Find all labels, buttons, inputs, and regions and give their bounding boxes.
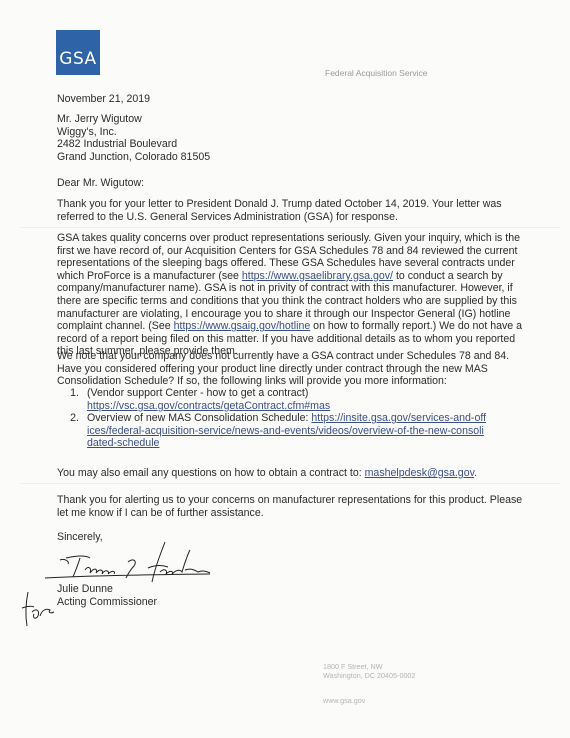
list-number: 1. xyxy=(57,387,87,412)
paragraph-intro: Thank you for your letter to President D… xyxy=(57,198,527,223)
footer-city: Washington, DC 20405-0002 xyxy=(323,671,415,680)
recipient-city: Grand Junction, Colorado 81505 xyxy=(57,151,210,164)
letter-date: November 21, 2019 xyxy=(57,93,150,106)
recipient-street: 2482 Industrial Boulevard xyxy=(57,138,210,151)
footer-address: 1800 F Street, NW Washington, DC 20405-0… xyxy=(323,662,415,680)
paragraph-email: You may also email any questions on how … xyxy=(57,467,477,480)
gsa-logo-text: GSA xyxy=(59,49,96,69)
salutation: Dear Mr. Wigutow: xyxy=(57,177,144,190)
paragraph-thanks: Thank you for alerting us to your concer… xyxy=(57,494,527,519)
gsaelibrary-link[interactable]: https://www.gsaelibrary.gsa.gov/ xyxy=(242,270,393,282)
list-item-text: Overview of new MAS Consolidation Schedu… xyxy=(87,412,311,424)
service-name: Federal Acquisition Service xyxy=(325,68,428,78)
scan-artifact-line xyxy=(20,227,560,228)
list-item: 1. (Vendor support Center - how to get a… xyxy=(57,387,487,412)
recipient-address: Mr. Jerry Wigutow Wiggy's, Inc. 2482 Ind… xyxy=(57,113,210,163)
footer-street: 1800 F Street, NW xyxy=(323,662,415,671)
scan-artifact-line xyxy=(20,483,560,484)
list-number: 2. xyxy=(57,412,87,450)
gsaig-hotline-link[interactable]: https://www.gsaig.gov/hotline xyxy=(174,320,311,332)
vsc-contract-link[interactable]: https://vsc.gsa.gov/contracts/getaContra… xyxy=(87,400,330,412)
footer-website: www.gsa.gov xyxy=(323,696,365,705)
list-item-text: (Vendor support Center - how to get a co… xyxy=(87,387,308,399)
links-list: 1. (Vendor support Center - how to get a… xyxy=(57,387,487,450)
recipient-name: Mr. Jerry Wigutow xyxy=(57,113,210,126)
paragraph-quality-concerns: GSA takes quality concerns over product … xyxy=(57,232,527,358)
recipient-company: Wiggy's, Inc. xyxy=(57,126,210,139)
for-annotation-icon xyxy=(20,590,60,630)
signer-name: Julie Dunne xyxy=(57,583,113,596)
paragraph-contract-note: We note that your company does not curre… xyxy=(57,350,527,388)
paragraph-text: You may also email any questions on how … xyxy=(57,467,365,479)
mashelpdesk-email-link[interactable]: mashelpdesk@gsa.gov xyxy=(365,467,475,479)
gsa-logo: GSA xyxy=(56,30,100,75)
letter-page: GSA Federal Acquisition Service November… xyxy=(0,0,570,738)
list-item: 2. Overview of new MAS Consolidation Sch… xyxy=(57,412,487,450)
signer-title: Acting Commissioner xyxy=(57,596,157,609)
